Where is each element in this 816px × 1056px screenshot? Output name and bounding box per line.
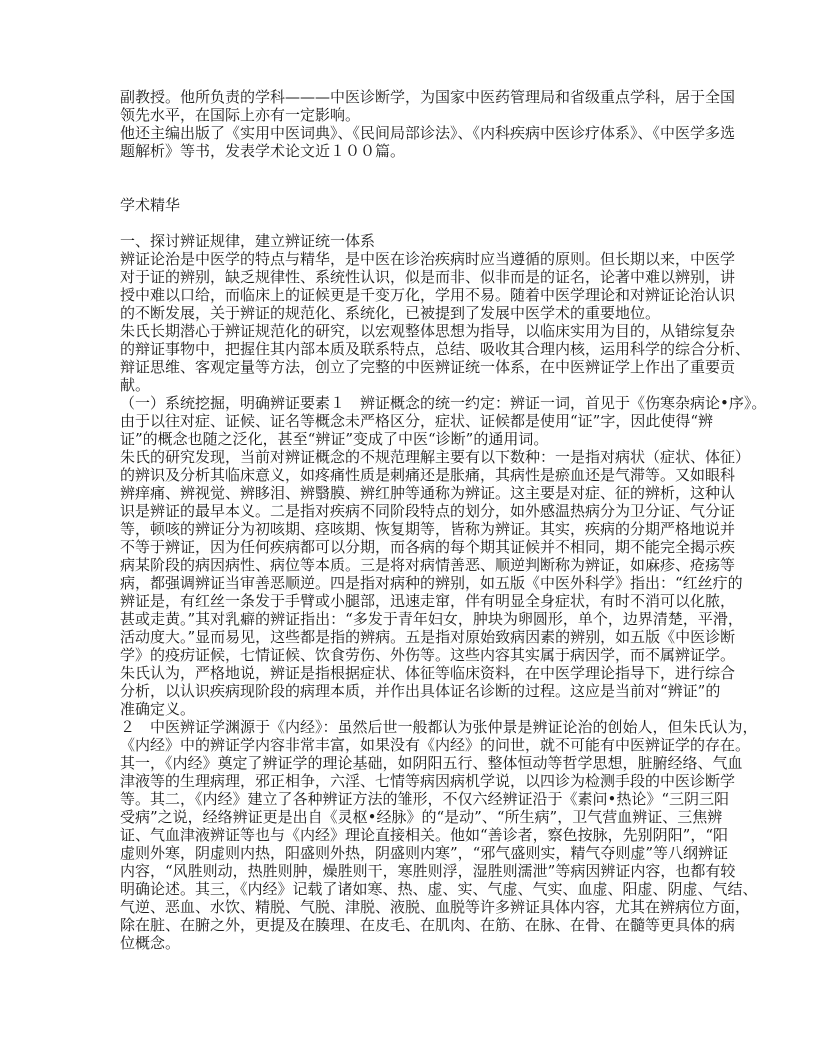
- text-line: 的辨识及分析其临床意义，如疼痛性质是刺痛还是胀痛，其病性是瘀血还是气滞等。又如眼…: [120, 466, 700, 484]
- text-line: 副教授。他所负责的学科———中医诊断学，为国家中医药管理局和省级重点学科，居于全…: [120, 88, 700, 106]
- text-line: 识是辨证的最早本义。二是指对疾病不同阶段特点的划分，如外感温热病分为卫分证、气分…: [120, 502, 700, 520]
- text-line: 朱氏认为，严格地说，辨证是指根据症状、体征等临床资料，在中医学理论指导下，进行综…: [120, 664, 700, 682]
- text-line: 受病”之说，经络辨证更是出自《灵枢•经脉》的“是动”、“所生病”，卫气营血辨证、…: [120, 808, 700, 826]
- part1-heading: 一、探讨辨证规律，建立辨证统一体系: [120, 232, 700, 250]
- document-page: 副教授。他所负责的学科———中医诊断学，为国家中医药管理局和省级重点学科，居于全…: [120, 88, 700, 952]
- text-line: 虚则外寒，阴虚则内热，阳盛则外热，阴盛则内寒”，“邪气盛则实，精气夺则虚”等八纲…: [120, 844, 700, 862]
- text-line: 等，顿咳的辨证分为初咳期、痉咳期、恢复期等，皆称为辨证。其实，疾病的分期严格地说…: [120, 520, 700, 538]
- text-line: 位概念。: [120, 934, 700, 952]
- text-line: 活动度大。”显而易见，这些都是指的辨病。五是指对原始致病因素的辨别，如五版《中医…: [120, 628, 700, 646]
- section-title: 学术精华: [120, 196, 700, 214]
- text-line: 由于以往对症、证候、证名等概念未严格区分，症状、证候都是使用“证”字，因此使得“…: [120, 412, 700, 430]
- text-line: 气逆、恶血、水饮、精脱、气脱、津脱、液脱、血脱等许多辨证具体内容，尤其在辨病位方…: [120, 898, 700, 916]
- text-line: 内容，“风胜则动，热胜则肿，燥胜则干，寒胜则浮，湿胜则濡泄”等病因辨证内容，也都…: [120, 862, 700, 880]
- text-line: （一）系统挖掘，明确辨证要素１ 辨证概念的统一约定：辨证一词，首见于《伤寒杂病论…: [120, 394, 700, 412]
- text-line: 的不断发展，关于辨证的规范化、系统化，已被提到了发展中医学术的重要地位。: [120, 304, 700, 322]
- text-line: 病某阶段的病因病性、病位等本质。三是将对病情善恶、顺逆判断称为辨证，如麻疹、疮疡…: [120, 556, 700, 574]
- text-line: 的辩证事物中，把握住其内部本质及联系特点，总结、吸收其合理内核，运用科学的综合分…: [120, 340, 700, 358]
- text-line: 对于证的辨别，缺乏规律性、系统性认识，似是而非、似非而是的证名，论著中难以辨别，…: [120, 268, 700, 286]
- text-line: 证”的概念也随之泛化，甚至“辨证”变成了中医“诊断”的通用词。: [120, 430, 700, 448]
- text-line: 准确定义。: [120, 700, 700, 718]
- text-line: 等。其二，《内经》建立了各种辨证方法的雏形，不仅六经辨证沿于《素问•热论》“三阴…: [120, 790, 700, 808]
- text-line: 病，都强调辨证当审善恶顺逆。四是指对病种的辨别，如五版《中医外科学》指出：“红丝…: [120, 574, 700, 592]
- text-line: 朱氏的研究发现，当前对辨证概念的不规范理解主要有以下数种：一是指对病状（症状、体…: [120, 448, 700, 466]
- text-line: 授中难以口给，而临床上的证候更是千变万化，学用不易。随着中医学理论和对辨证论治认…: [120, 286, 700, 304]
- text-line: 证、气血津液辨证等也与《内经》理论直接相关。他如“善诊者，察色按脉，先别阴阳”，…: [120, 826, 700, 844]
- text-line: 辨证论治是中医学的特点与精华，是中医在诊治疾病时应当遵循的原则。但长期以来，中医…: [120, 250, 700, 268]
- text-line: 甚或走黄。”其对乳癖的辨证指出：“多发于青年妇女，肿块为卵圆形，单个，边界清楚，…: [120, 610, 700, 628]
- text-line: 《内经》中的辨证学内容非常丰富，如果没有《内经》的问世，就不可能有中医辨证学的存…: [120, 736, 700, 754]
- text-line: 辨证是，有红丝一条发于手臂或小腿部，迅速走窜，伴有明显全身症状，有时不消可以化脓…: [120, 592, 700, 610]
- spacer: [120, 214, 700, 232]
- text-line: 其一，《内经》奠定了辨证学的理论基础，如阴阳五行、整体恒动等哲学思想，脏腑经络、…: [120, 754, 700, 772]
- text-line: 辨痒痛、辨视觉、辨眵泪、辨翳膜、辨红肿等通称为辨证。这主要是对症、征的辨析，这种…: [120, 484, 700, 502]
- text-line: 分析，以认识疾病现阶段的病理本质，并作出具体证名诊断的过程。这应是当前对“辨证”…: [120, 682, 700, 700]
- intro-paragraph: 副教授。他所负责的学科———中医诊断学，为国家中医药管理局和省级重点学科，居于全…: [120, 88, 700, 160]
- text-line: 除在脏、在腑之外，更提及在腠理、在皮毛、在肌肉、在筋、在脉、在骨、在髓等更具体的…: [120, 916, 700, 934]
- text-line: ２ 中医辨证学渊源于《内经》：虽然后世一般都认为张仲景是辨证论治的创始人，但朱氏…: [120, 718, 700, 736]
- text-line: 津液等的生理病理，邪正相争，六淫、七情等病因病机学说，以四诊为检测手段的中医诊断…: [120, 772, 700, 790]
- text-line: 领先水平，在国际上亦有一定影响。: [120, 106, 700, 124]
- text-line: 朱氏长期潜心于辨证规范化的研究，以宏观整体思想为指导，以临床实用为目的，从错综复…: [120, 322, 700, 340]
- text-line: 辩证思维、客观定量等方法，创立了完整的中医辨证统一体系，在中医辨证学上作出了重要…: [120, 358, 700, 376]
- text-line: 明确论述。其三，《内经》记载了诸如寒、热、虚、实、气虚、气实、血虚、阳虚、阴虚、…: [120, 880, 700, 898]
- text-line: 献。: [120, 376, 700, 394]
- text-line: 不等于辨证，因为任何疾病都可以分期，而各病的每个期其证候并不相同，期不能完全揭示…: [120, 538, 700, 556]
- spacer: [120, 160, 700, 178]
- text-line: 学》的疫疠证候，七情证候、饮食劳伤、外伤等。这些内容其实属于病因学，而不属辨证学…: [120, 646, 700, 664]
- text-line: 题解析》等书，发表学术论文近１００篇。: [120, 142, 700, 160]
- part1-body: 辨证论治是中医学的特点与精华，是中医在诊治疾病时应当遵循的原则。但长期以来，中医…: [120, 250, 700, 952]
- spacer: [120, 178, 700, 196]
- text-line: 他还主编出版了《实用中医词典》、《民间局部诊法》、《内科疾病中医诊疗体系》、《中…: [120, 124, 700, 142]
